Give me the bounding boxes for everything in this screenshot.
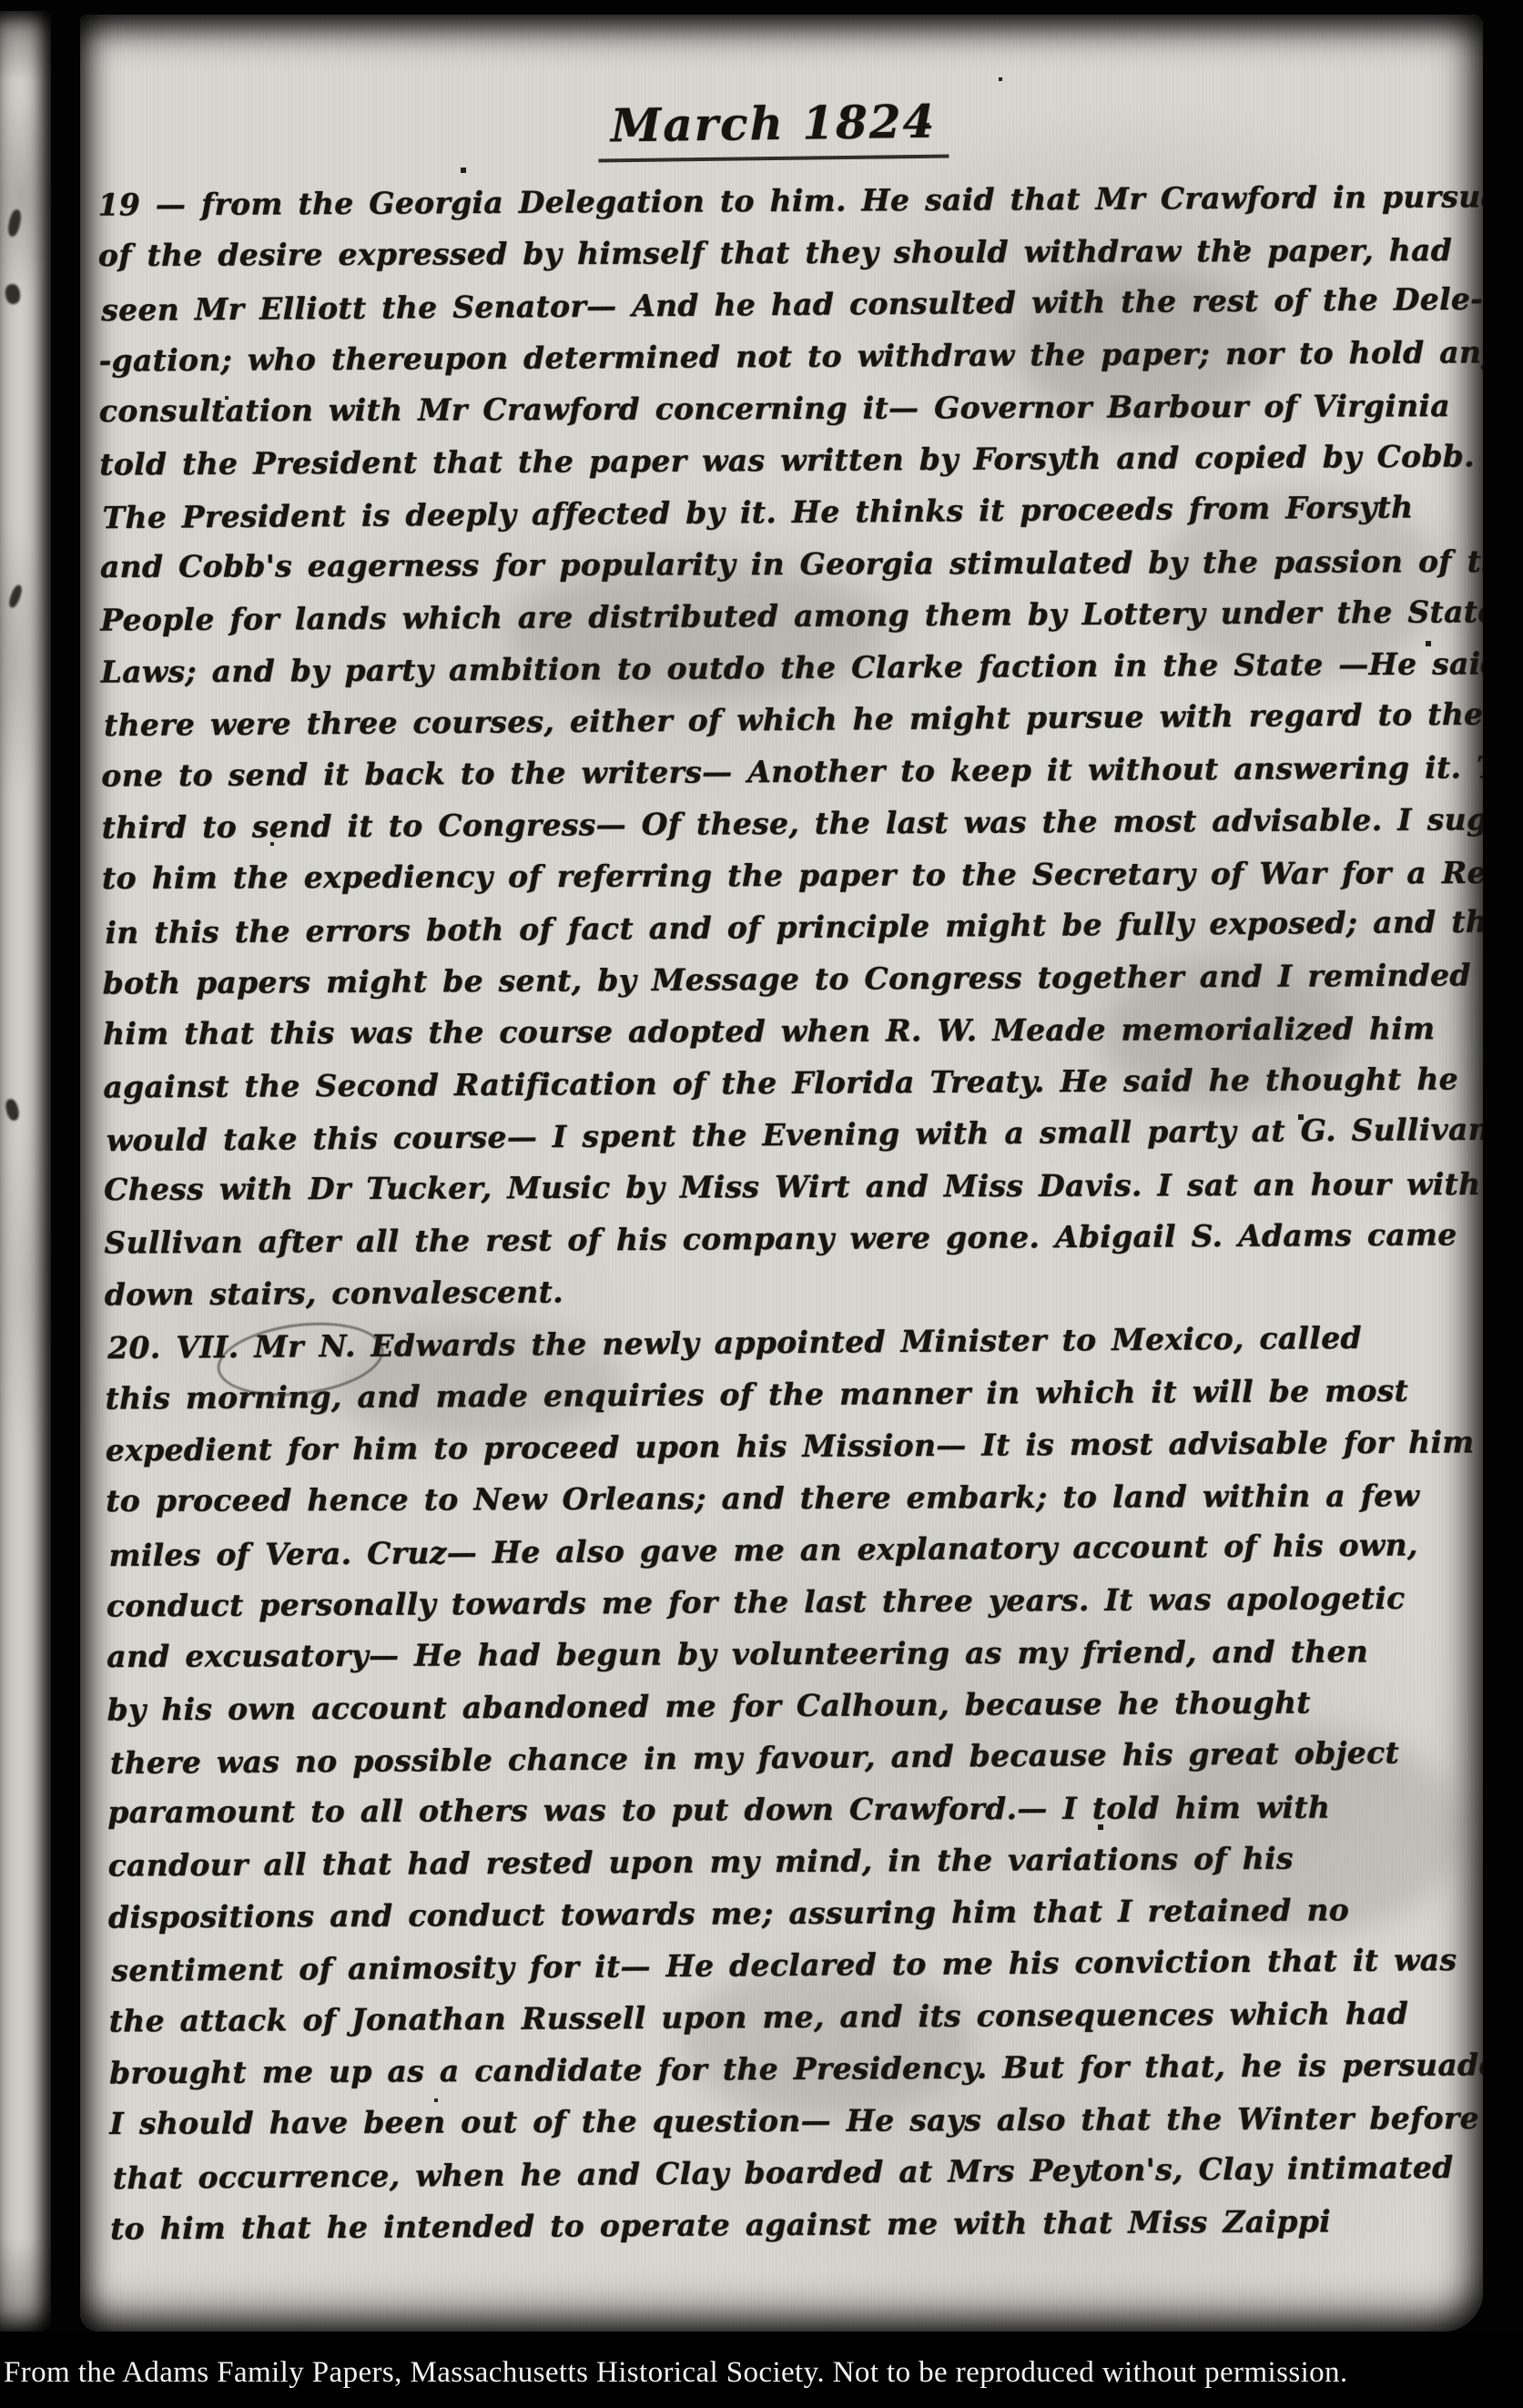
facing-page-ink-mark — [5, 283, 22, 305]
facing-page-ink-mark — [7, 584, 24, 609]
manuscript-line: sentiment of animosity for it— He declar… — [108, 1934, 1460, 1997]
manuscript-line: to proceed hence to New Orleans; and the… — [106, 1469, 1457, 1527]
manuscript-line: candour all that had rested upon my mind… — [107, 1831, 1459, 1891]
page-heading: March 1824 — [597, 93, 949, 163]
heading-row: March 1824 — [97, 90, 1450, 178]
manuscript-line: consultation with Mr Crawford concerning… — [99, 380, 1451, 437]
manuscript-line: Laws; and by party ambition to outdo the… — [100, 637, 1452, 697]
manuscript-line: him that this was the course adopted whe… — [103, 1002, 1455, 1060]
manuscript-line: seen Mr Elliott the Senator— And he had … — [98, 273, 1450, 336]
manuscript-line: told the President that the paper was wr… — [99, 430, 1451, 490]
manuscript-line: that occurrence, when he and Clay boarde… — [110, 2141, 1462, 2204]
manuscript-line: one to send it back to the writers— Anot… — [101, 741, 1453, 801]
manuscript-line: by his own account abandoned me for Calh… — [107, 1675, 1458, 1735]
manuscript-line: there was no possible chance in my favou… — [107, 1726, 1459, 1789]
scanned-document: March 1824 19 — from the Georgia Delegat… — [0, 0, 1523, 2408]
facing-page-ink-mark — [4, 1098, 20, 1122]
manuscript-line: and excusatory— He had begun by voluntee… — [107, 1625, 1458, 1682]
manuscript-line: there were three courses, either of whic… — [101, 688, 1453, 751]
facing-page-ink-mark — [6, 208, 23, 238]
manuscript-line: People for lands which are distributed a… — [100, 585, 1452, 645]
manuscript-line: miles of Vera. Cruz— He also gave me an … — [106, 1519, 1457, 1581]
manuscript-line: would take this course— I spent the Even… — [104, 1103, 1456, 1166]
manuscript-line: the attack of Jonathan Russell upon me, … — [109, 1986, 1461, 2047]
manuscript-line: Sullivan after all the rest of his compa… — [104, 1208, 1456, 1268]
manuscript-line: Chess with Dr Tucker, Music by Miss Wirt… — [104, 1158, 1456, 1215]
manuscript-line: against the Second Ratification of the F… — [103, 1052, 1455, 1113]
manuscript-line: to him that he intended to operate again… — [110, 2194, 1462, 2254]
handwritten-text-block: March 1824 19 — from the Georgia Delegat… — [97, 90, 1462, 2254]
manuscript-line: paramount to all others was to put down … — [107, 1781, 1459, 1838]
manuscript-line: brought me up as a candidate for the Pre… — [109, 2038, 1461, 2098]
manuscript-line: down stairs, convalescent. — [105, 1260, 1457, 1320]
manuscript-page: March 1824 19 — from the Georgia Delegat… — [80, 15, 1483, 2332]
attribution-caption: From the Adams Family Papers, Massachuse… — [4, 2332, 1348, 2408]
manuscript-line: and Cobb's eagerness for popularity in G… — [100, 535, 1452, 593]
manuscript-line: both papers might be sent, by Message to… — [103, 949, 1455, 1009]
manuscript-line: I should have been out of the question— … — [109, 2092, 1461, 2149]
manuscript-line: conduct personally towards me for the la… — [107, 1571, 1458, 1631]
manuscript-line: dispositions and conduct towards me; ass… — [108, 1883, 1460, 1943]
manuscript-line: 19 — from the Georgia Delegation to him.… — [97, 170, 1449, 230]
scan-specks — [80, 15, 82, 16]
manuscript-line: expedient for him to proceed upon his Mi… — [106, 1416, 1457, 1476]
caption-bar: From the Adams Family Papers, Massachuse… — [0, 2332, 1523, 2408]
manuscript-line: The President is deeply affected by it. … — [99, 481, 1451, 544]
facing-page-edge — [0, 11, 51, 2332]
manuscript-line: third to send it to Congress— Of these, … — [101, 793, 1453, 853]
manuscript-line: of the desire expressed by himself that … — [98, 224, 1450, 281]
manuscript-line: to him the expediency of referring the p… — [102, 847, 1454, 904]
manuscript-line: -gation; who thereupon determined not to… — [98, 326, 1450, 386]
manuscript-line: in this the errors both of fact and of p… — [102, 896, 1454, 959]
